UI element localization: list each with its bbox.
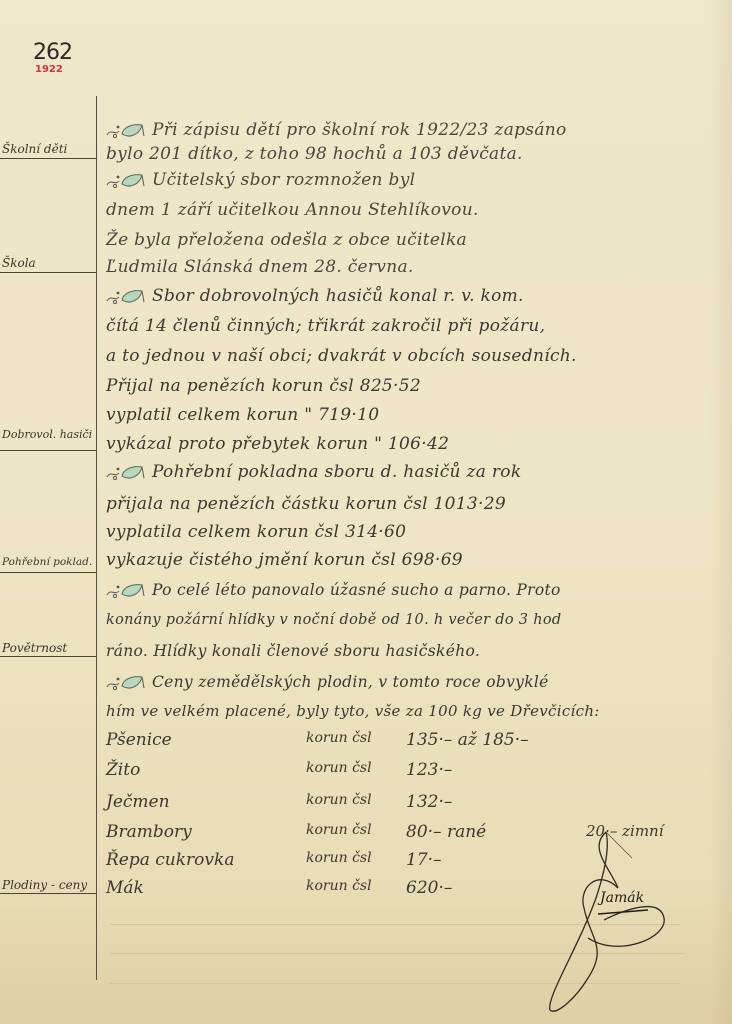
leaf-ornament-icon (106, 674, 146, 692)
entry-line: konány požární hlídky v noční době od 10… (106, 612, 561, 628)
margin-underline (0, 450, 96, 451)
entry-line: Ceny zemědělských plodin, v tomto roce o… (106, 672, 549, 692)
entry-line: a to jednou v naší obci; dvakrát v obcíc… (106, 346, 577, 366)
signature: Jamák (548, 828, 678, 1018)
entry-line: Učitelský sbor rozmnožen byl (106, 170, 415, 190)
currency-label: korun čsl (306, 792, 372, 808)
entry-line: dnem 1 září učitelkou Annou Stehlíkovou. (106, 200, 479, 220)
crop-name: Řepa cukrovka (106, 850, 234, 870)
margin-label-skola: Škola (2, 256, 94, 270)
signature-flourish-icon: Jamák (548, 828, 678, 1018)
crop-price: 620·– (406, 878, 452, 898)
margin-label-plodiny-ceny: Plodiny - ceny (2, 878, 94, 892)
entry-line: vykázal proto přebytek korun " 106·42 (106, 434, 449, 454)
entry-text: Při zápisu dětí pro školní rok 1922/23 z… (152, 120, 567, 140)
entry-line: Sbor dobrovolných hasičů konal r. v. kom… (106, 286, 524, 306)
svg-text:Jamák: Jamák (597, 890, 644, 906)
leaf-ornament-icon (106, 122, 146, 140)
currency-label: korun čsl (306, 760, 372, 776)
crop-name: Žito (106, 760, 140, 780)
entry-line: Po celé léto panovalo úžasné sucho a par… (106, 580, 561, 600)
leaf-ornament-icon (106, 288, 146, 306)
entry-text: Ceny zemědělských plodin, v tomto roce o… (152, 673, 549, 691)
entry-line: Ľudmila Slánská dnem 28. června. (106, 257, 414, 277)
currency-label: korun čsl (306, 850, 372, 866)
entry-line: přijala na penězích částku korun čsl 101… (106, 494, 506, 514)
margin-label-povetrnost: Povětrnost (2, 641, 94, 655)
entry-line: vyplatil celkem korun " 719·10 (106, 405, 379, 425)
currency-label: korun čsl (306, 878, 372, 894)
margin-label-dobrovol-hasici: Dobrovol. hasiči (2, 428, 94, 441)
entry-line: čítá 14 členů činných; třikrát zakročil … (106, 316, 545, 336)
entry-text: Učitelský sbor rozmnožen byl (152, 170, 415, 190)
margin-underline (0, 158, 96, 159)
crop-name: Brambory (106, 822, 192, 842)
margin-rule (96, 96, 97, 980)
entry-line: vykazuje čistého jmění korun čsl 698·69 (106, 550, 463, 570)
entry-line: Přijal na penězích korun čsl 825·52 (106, 376, 421, 396)
margin-underline (0, 572, 96, 573)
entry-line: hím ve velkém placené, byly tyto, vše za… (106, 702, 600, 720)
leaf-ornament-icon (106, 582, 146, 600)
crop-price: 17·– (406, 850, 442, 870)
currency-label: korun čsl (306, 730, 372, 746)
leaf-ornament-icon (106, 172, 146, 190)
page-number: 262 (33, 40, 72, 65)
margin-underline (0, 272, 96, 273)
crop-name: Ječmen (106, 792, 170, 812)
margin-label-pohrebni-poklad: Pohřební poklad. (2, 556, 94, 568)
entry-line: Při zápisu dětí pro školní rok 1922/23 z… (106, 120, 567, 140)
entry-line: Pohřební pokladna sboru d. hasičů za rok (106, 462, 521, 482)
entry-text: Po celé léto panovalo úžasné sucho a par… (152, 581, 561, 599)
currency-label: korun čsl (306, 822, 372, 838)
entry-line: ráno. Hlídky konali členové sboru hasičs… (106, 642, 480, 660)
entry-line: bylo 201 dítko, z toho 98 hochů a 103 dě… (106, 144, 523, 164)
ledger-page: 262 1922 Školní děti Škola Dobrovol. has… (0, 0, 732, 1024)
page-edge-shadow (710, 0, 732, 1024)
crop-name: Pšenice (106, 730, 172, 750)
page-year: 1922 (35, 64, 63, 75)
entry-line: vyplatila celkem korun čsl 314·60 (106, 522, 406, 542)
margin-underline (0, 893, 96, 894)
entry-line: Že byla přeložena odešla z obce učitelka (106, 230, 467, 250)
leaf-ornament-icon (106, 464, 146, 482)
margin-underline (0, 656, 96, 657)
entry-text: Sbor dobrovolných hasičů konal r. v. kom… (152, 286, 524, 306)
entry-text: Pohřební pokladna sboru d. hasičů za rok (152, 462, 521, 482)
margin-label-skolni-deti: Školní děti (2, 142, 94, 156)
crop-price: 135·– až 185·– (406, 730, 529, 750)
crop-name: Mák (106, 878, 144, 898)
crop-price: 132·– (406, 792, 452, 812)
crop-price: 80·– rané (406, 822, 486, 842)
crop-price: 123·– (406, 760, 452, 780)
